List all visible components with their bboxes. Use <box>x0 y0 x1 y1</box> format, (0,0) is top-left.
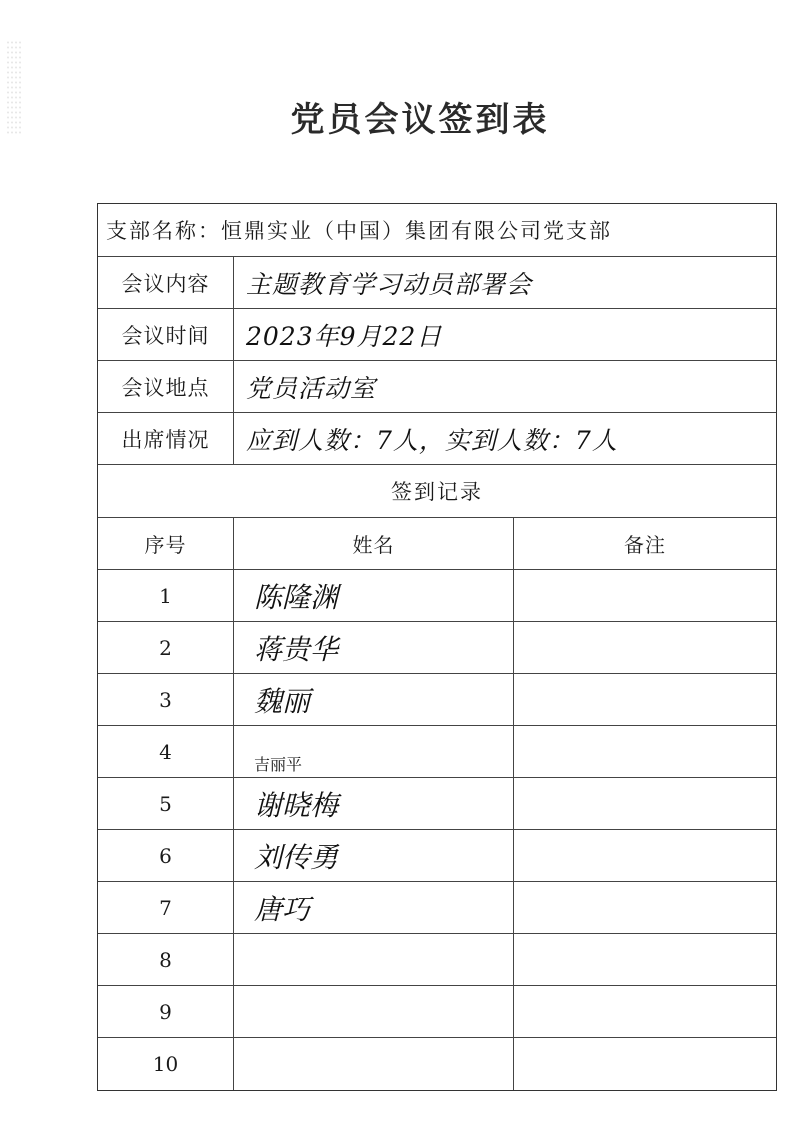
row-name: 吉丽平 <box>234 726 514 777</box>
meeting-location: 党员活动室 <box>246 369 376 405</box>
section-title: 签到记录 <box>98 465 776 517</box>
attendance: 应到人数：7人，实到人数：7人 <box>246 421 618 457</box>
info-row-location: 会议地点 党员活动室 <box>98 361 776 413</box>
row-note <box>514 778 776 829</box>
row-note <box>514 622 776 673</box>
info-row-time: 会议时间 2023年9月22日 <box>98 309 776 361</box>
meeting-time: 2023年9月22日 <box>246 317 442 353</box>
table-row: 3 魏丽 <box>98 674 776 726</box>
row-note <box>514 882 776 933</box>
branch-row: 支部名称： 恒鼎实业（中国）集团有限公司党支部 <box>98 204 776 257</box>
row-no: 3 <box>98 674 234 725</box>
signature: 陈隆渊 <box>254 576 338 616</box>
info-value: 主题教育学习动员部署会 <box>234 257 776 308</box>
table-row: 7 唐巧 <box>98 882 776 934</box>
row-name <box>234 986 514 1037</box>
branch-name: 支部名称： 恒鼎实业（中国）集团有限公司党支部 <box>98 204 612 256</box>
row-no: 6 <box>98 830 234 881</box>
meeting-content: 主题教育学习动员部署会 <box>246 265 532 301</box>
signature: 刘传勇 <box>254 836 338 876</box>
table-row: 5 谢晓梅 <box>98 778 776 830</box>
info-value: 应到人数：7人，实到人数：7人 <box>234 413 776 464</box>
row-note <box>514 570 776 621</box>
header-name: 姓名 <box>234 518 514 569</box>
row-note <box>514 830 776 881</box>
row-no: 1 <box>98 570 234 621</box>
info-label: 会议内容 <box>98 257 234 308</box>
page-title: 党员会议签到表 <box>0 92 800 141</box>
row-no: 2 <box>98 622 234 673</box>
section-row: 签到记录 <box>98 465 776 518</box>
row-note <box>514 934 776 985</box>
row-name: 唐巧 <box>234 882 514 933</box>
table-row: 8 <box>98 934 776 986</box>
row-no: 10 <box>98 1038 234 1090</box>
table-row: 6 刘传勇 <box>98 830 776 882</box>
table-row: 10 <box>98 1038 776 1090</box>
info-label: 会议时间 <box>98 309 234 360</box>
info-row-content: 会议内容 主题教育学习动员部署会 <box>98 257 776 309</box>
row-note <box>514 986 776 1037</box>
sign-in-sheet: 支部名称： 恒鼎实业（中国）集团有限公司党支部 会议内容 主题教育学习动员部署会… <box>97 203 777 1091</box>
row-name: 魏丽 <box>234 674 514 725</box>
table-row: 9 <box>98 986 776 1038</box>
info-value: 党员活动室 <box>234 361 776 412</box>
row-note <box>514 674 776 725</box>
branch-value: 恒鼎实业（中国）集团有限公司党支部 <box>221 215 612 245</box>
row-name: 谢晓梅 <box>234 778 514 829</box>
table-row: 4 吉丽平 <box>98 726 776 778</box>
row-no: 8 <box>98 934 234 985</box>
row-name: 蒋贵华 <box>234 622 514 673</box>
table-row: 1 陈隆渊 <box>98 570 776 622</box>
signature: 谢晓梅 <box>254 784 338 824</box>
row-name: 陈隆渊 <box>234 570 514 621</box>
header-note: 备注 <box>514 518 776 569</box>
row-name <box>234 1038 514 1090</box>
signature: 吉丽平 <box>254 752 302 777</box>
row-no: 4 <box>98 726 234 777</box>
info-label: 出席情况 <box>98 413 234 464</box>
row-note <box>514 726 776 777</box>
signature: 蒋贵华 <box>254 628 338 668</box>
header-no: 序号 <box>98 518 234 569</box>
signature: 魏丽 <box>254 680 310 720</box>
row-no: 7 <box>98 882 234 933</box>
row-no: 9 <box>98 986 234 1037</box>
branch-label: 支部名称： <box>106 215 221 245</box>
info-label: 会议地点 <box>98 361 234 412</box>
signature: 唐巧 <box>254 888 310 928</box>
row-name: 刘传勇 <box>234 830 514 881</box>
info-value: 2023年9月22日 <box>234 309 776 360</box>
table-header: 序号 姓名 备注 <box>98 518 776 570</box>
row-note <box>514 1038 776 1090</box>
row-no: 5 <box>98 778 234 829</box>
row-name <box>234 934 514 985</box>
info-row-attendance: 出席情况 应到人数：7人，实到人数：7人 <box>98 413 776 465</box>
table-row: 2 蒋贵华 <box>98 622 776 674</box>
